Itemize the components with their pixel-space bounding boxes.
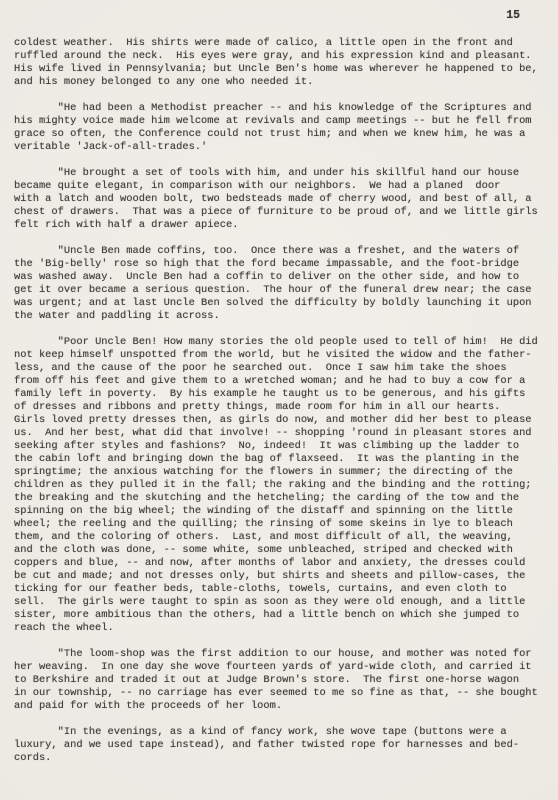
- paragraph-methodist-preacher: "He had been a Methodist preacher -- and…: [14, 102, 550, 154]
- paragraph-loom-shop: "The loom-shop was the first addition to…: [14, 648, 550, 713]
- paragraph-evenings: "In the evenings, as a kind of fancy wor…: [14, 726, 550, 765]
- paragraph-set-of-tools: "He brought a set of tools with him, and…: [14, 167, 550, 232]
- page-number: 15: [506, 9, 520, 22]
- page-body-text: coldest weather. His shirts were made of…: [14, 37, 550, 778]
- document-page: 15 coldest weather. His shirts were made…: [0, 0, 558, 800]
- paragraph-poor-uncle-ben: "Poor Uncle Ben! How many stories the ol…: [14, 336, 550, 635]
- paragraph-coffins: "Uncle Ben made coffins, too. Once there…: [14, 245, 550, 323]
- paragraph-coldest-weather: coldest weather. His shirts were made of…: [14, 37, 550, 89]
